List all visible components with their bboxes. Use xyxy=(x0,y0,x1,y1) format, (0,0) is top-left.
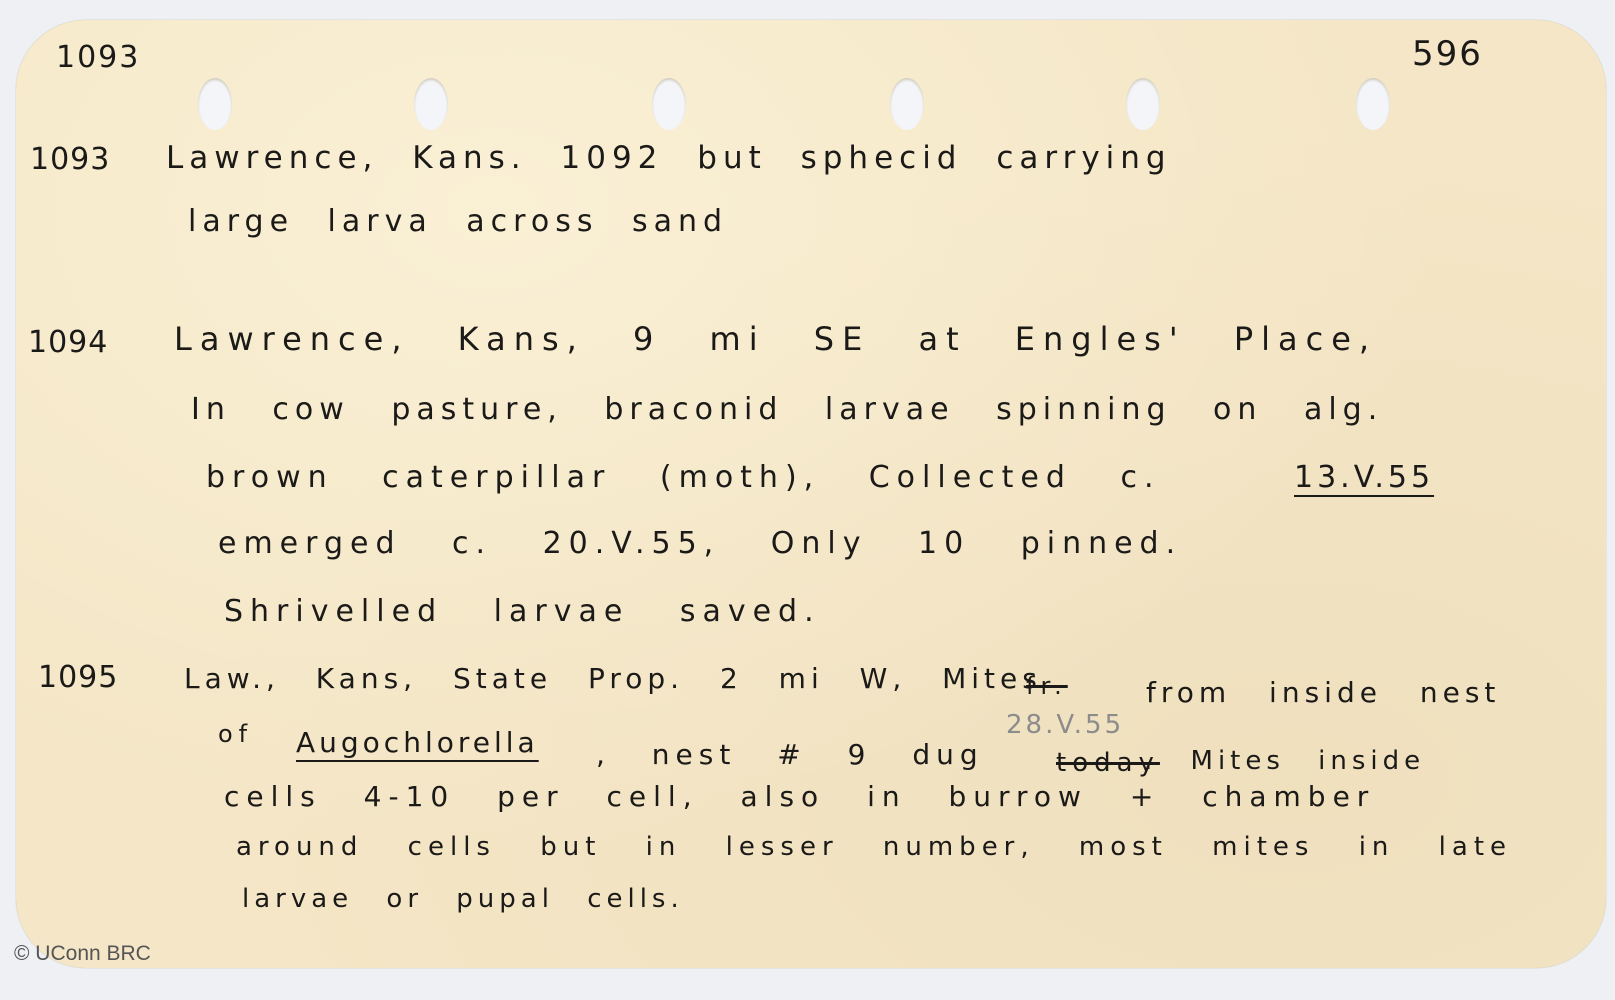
entry-line: Law., Kans, State Prop. 2 mi W, Mites xyxy=(184,662,1042,695)
entry-number: 1093 xyxy=(30,142,110,177)
punch-hole xyxy=(1356,78,1390,130)
entry-line: large larva across sand xyxy=(188,204,728,239)
copyright-watermark: © UConn BRC xyxy=(14,942,151,966)
entry-line: . Mites inside xyxy=(1144,746,1425,776)
genus-name: Augochlorella xyxy=(296,726,539,759)
scan-stage: 1093 596 1093 Lawrence, Kans. 1092 but s… xyxy=(0,0,1615,1000)
entry-number: 1095 xyxy=(38,660,118,695)
punch-hole xyxy=(890,78,924,130)
entry-line: In cow pasture, braconid larvae spinning… xyxy=(191,392,1383,427)
entry-line: larvae or pupal cells. xyxy=(242,884,684,914)
punch-hole xyxy=(414,78,448,130)
card-number-left: 1093 xyxy=(56,40,140,75)
page-number-right: 596 xyxy=(1412,34,1483,74)
entry-number: 1094 xyxy=(28,325,108,360)
punch-hole xyxy=(1126,78,1160,130)
collected-date: 13.V.55 xyxy=(1294,460,1434,495)
entry-line: around cells but in lesser number, most … xyxy=(236,832,1512,862)
entry-line: emerged c. 20.V.55, Only 10 pinned. xyxy=(218,526,1182,561)
entry-line: brown caterpillar (moth), Collected c. xyxy=(206,460,1160,495)
entry-line: from inside nest xyxy=(1146,676,1500,709)
entry-line: Lawrence, Kans, 9 mi SE at Engles' Place… xyxy=(174,320,1377,358)
entry-line: cells 4-10 per cell, also in burrow + ch… xyxy=(224,780,1375,813)
entry-line: of xyxy=(218,720,253,748)
punch-hole xyxy=(198,78,232,130)
pencil-date-annotation: 28.V.55 xyxy=(1006,710,1124,740)
entry-line: Shrivelled larvae saved. xyxy=(224,594,821,629)
entry-line: Lawrence, Kans. 1092 but sphecid carryin… xyxy=(166,140,1172,176)
index-card: 1093 596 1093 Lawrence, Kans. 1092 but s… xyxy=(16,20,1606,968)
entry-line: , nest # 9 dug xyxy=(596,738,984,771)
punch-hole xyxy=(652,78,686,130)
struck-word: fr. xyxy=(1026,672,1068,700)
